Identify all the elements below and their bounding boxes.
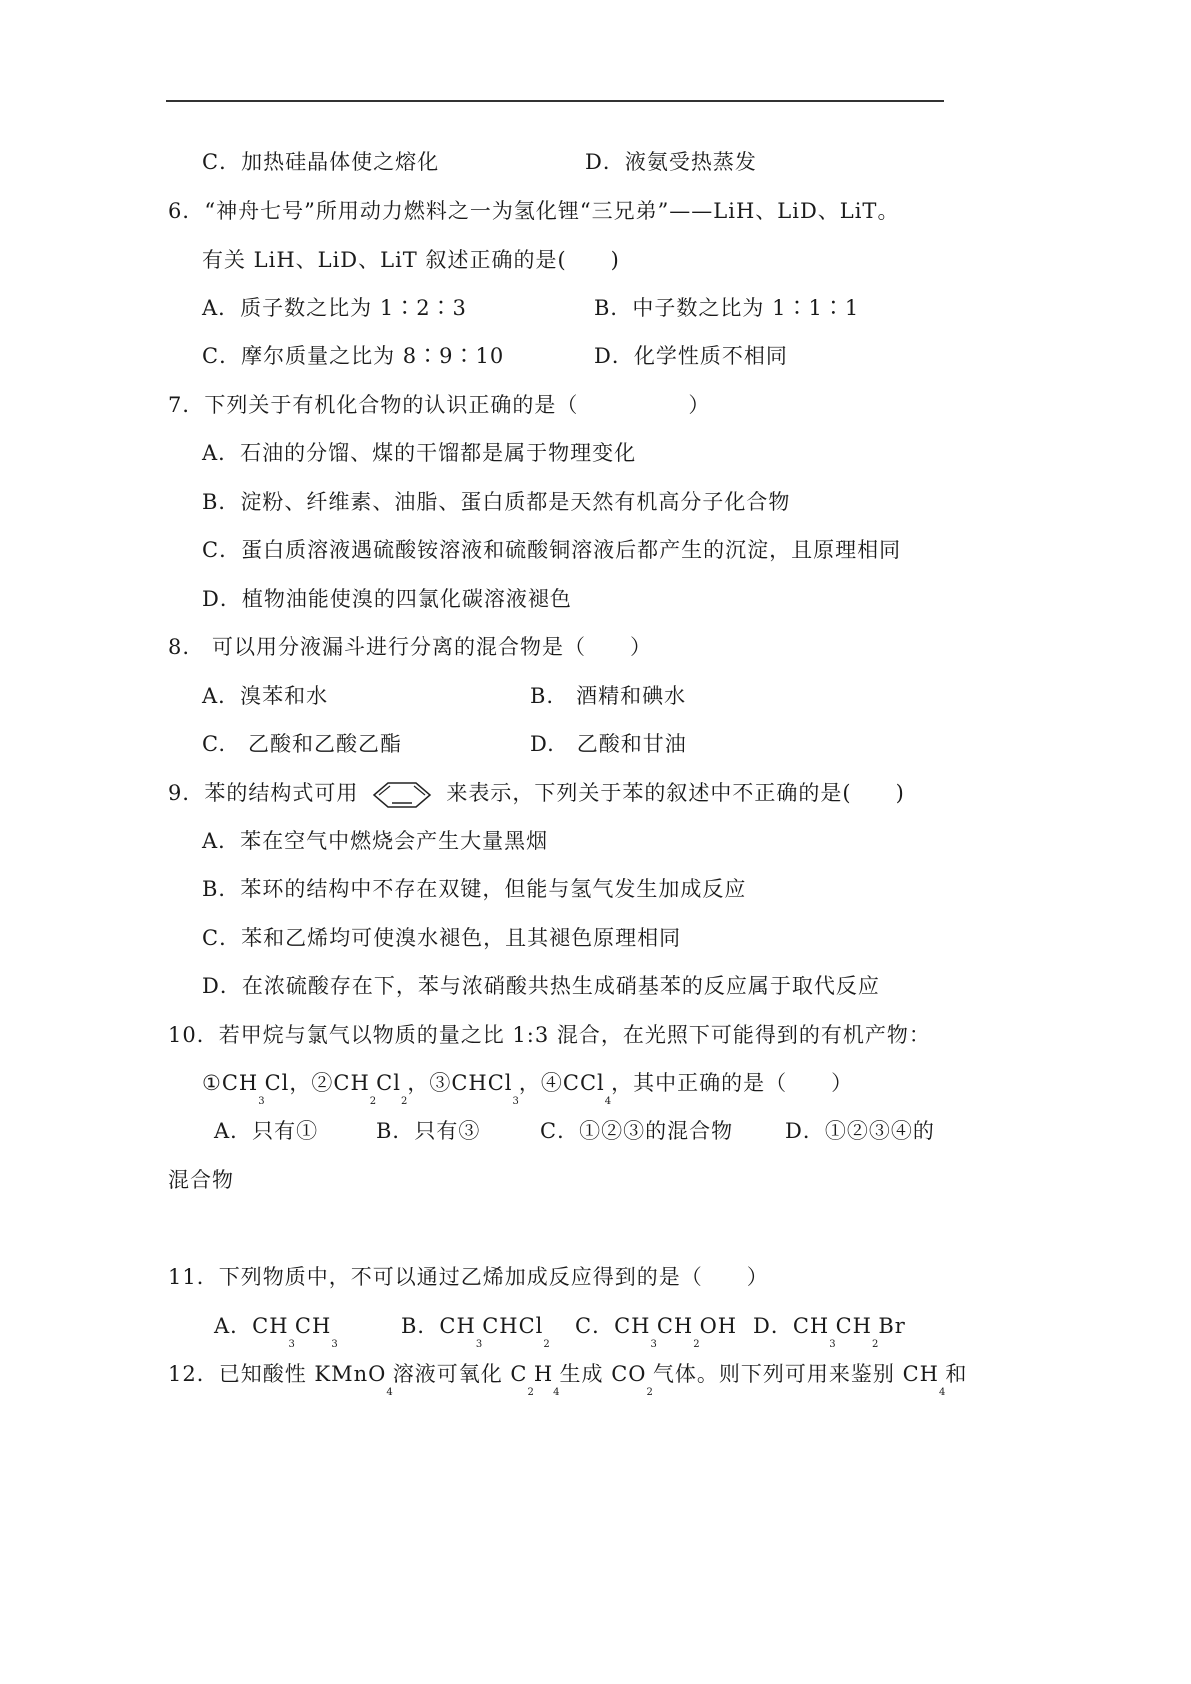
text-part: 生成 CO	[560, 1362, 647, 1386]
q8-stem: 8. 可以用分液漏斗进行分离的混合物是（ ）	[168, 633, 652, 661]
subscript: 2	[543, 1339, 549, 1350]
formula-part: CH	[657, 1314, 693, 1338]
q5-option-c: C．加热硅晶体使之熔化	[202, 148, 439, 176]
q10-item1: ①CH	[202, 1071, 258, 1095]
q7-option-c: C．蛋白质溶液遇硫酸铵溶液和硫酸铜溶液后都产生的沉淀，且原理相同	[202, 536, 901, 564]
subscript: 3	[476, 1339, 482, 1350]
q8-option-c: C. 乙酸和乙酸乙酯	[202, 730, 402, 758]
q7-stem: 7．下列关于有机化合物的认识正确的是（ ）	[168, 391, 710, 419]
q8-option-a: A．溴苯和水	[202, 682, 328, 710]
q10-item2-mid: Cl	[376, 1071, 401, 1095]
q10-item2: ②CH	[311, 1071, 369, 1095]
text-part: 气体。则下列可用来鉴别 CH	[653, 1362, 939, 1386]
formula-part: B．CH	[401, 1314, 476, 1338]
q9-option-c: C．苯和乙烯均可使溴水褪色，且其褪色原理相同	[202, 924, 681, 952]
q10-item3-tail: ，	[519, 1071, 541, 1095]
q6-option-d: D．化学性质不相同	[594, 342, 788, 370]
subscript: 3	[258, 1096, 264, 1107]
q8-option-d: D. 乙酸和甘油	[530, 730, 687, 758]
subscript: 3	[513, 1096, 519, 1107]
formula-part: CH	[295, 1314, 331, 1338]
q10-option-a: A．只有①	[214, 1117, 318, 1145]
q10-item4-tail: ，其中正确的是（ ）	[611, 1071, 853, 1095]
text-part: 和	[945, 1362, 967, 1386]
subscript: 3	[650, 1339, 656, 1350]
subscript: 4	[553, 1387, 559, 1398]
q5-option-d: D．液氨受热蒸发	[585, 148, 757, 176]
subscript: 2	[872, 1339, 878, 1350]
q10-items: ①CH3Cl，②CH2Cl2，③CHCl3，④CCl4，其中正确的是（ ）	[202, 1069, 853, 1102]
subscript: 3	[829, 1339, 835, 1350]
text-part: 溶液可氧化 C	[393, 1362, 528, 1386]
q10-item3: ③CHCl	[429, 1071, 512, 1095]
q10-item4: ④CCl	[541, 1071, 605, 1095]
subscript: 4	[605, 1096, 611, 1107]
subscript: 3	[289, 1339, 295, 1350]
formula-part: A．CH	[214, 1314, 289, 1338]
q9-stem-post: 来表示，下列关于苯的叙述中不正确的是( )	[446, 781, 904, 805]
q9-stem-pre: 9．苯的结构式可用	[168, 781, 358, 805]
q6-option-b: B．中子数之比为 1∶1∶1	[594, 294, 859, 322]
formula-part: D．CH	[753, 1314, 829, 1338]
formula-part: CHCl	[482, 1314, 543, 1338]
subscript: 4	[386, 1387, 392, 1398]
q11-option-a: A．CH3CH3	[214, 1312, 338, 1345]
q7-option-d: D．植物油能使溴的四氯化碳溶液褪色	[202, 585, 572, 613]
q9-option-d: D．在浓硫酸存在下，苯与浓硝酸共热生成硝基苯的反应属于取代反应	[202, 972, 880, 1000]
q10-item1-tail: Cl，	[265, 1071, 312, 1095]
q10-option-d: D．①②③④的	[785, 1117, 935, 1145]
formula-part: C．CH	[575, 1314, 650, 1338]
q6-option-a: A．质子数之比为 1∶2∶3	[202, 294, 467, 322]
formula-part: OH	[700, 1314, 738, 1338]
text-part: H	[534, 1362, 553, 1386]
q10-option-b: B．只有③	[376, 1117, 480, 1145]
subscript: 3	[331, 1339, 337, 1350]
q6-option-c: C．摩尔质量之比为 8∶9∶10	[202, 342, 504, 370]
subscript: 2	[647, 1387, 653, 1398]
q10-option-d-cont: 混合物	[168, 1166, 234, 1194]
text-part: 12．已知酸性 KMnO	[168, 1362, 386, 1386]
formula-part: CH	[836, 1314, 872, 1338]
q12-stem: 12．已知酸性 KMnO4溶液可氧化 C2H4生成 CO2气体。则下列可用来鉴别…	[168, 1360, 967, 1393]
q10-stem: 10．若甲烷与氯气以物质的量之比 1:3 混合，在光照下可能得到的有机产物：	[168, 1021, 931, 1049]
q6-stem-line2: 有关 LiH、LiD、LiT 叙述正确的是( )	[202, 246, 620, 274]
q11-stem: 11．下列物质中，不可以通过乙烯加成反应得到的是（ ）	[168, 1263, 769, 1291]
q9-option-b: B．苯环的结构中不存在双键，但能与氢气发生加成反应	[202, 875, 746, 903]
benzene-ring-icon	[372, 781, 432, 809]
subscript: 2	[527, 1387, 533, 1398]
q7-option-a: A．石油的分馏、煤的干馏都是属于物理变化	[202, 439, 636, 467]
subscript: 2	[370, 1096, 376, 1107]
q6-stem-line1: 6．“神舟七号”所用动力燃料之一为氢化锂“三兄弟”——LiH、LiD、LiT。	[168, 197, 899, 225]
q9-option-a: A．苯在空气中燃烧会产生大量黑烟	[202, 827, 548, 855]
q10-option-c: C．①②③的混合物	[540, 1117, 733, 1145]
q11-option-c: C．CH3CH2OH	[575, 1312, 737, 1345]
q7-option-b: B．淀粉、纤维素、油脂、蛋白质都是天然有机高分子化合物	[202, 488, 790, 516]
header-rule	[166, 100, 944, 102]
q11-option-d: D．CH3CH2Br	[753, 1312, 906, 1345]
q9-stem: 9．苯的结构式可用来表示，下列关于苯的叙述中不正确的是( )	[168, 779, 905, 809]
q10-item2-tail: ，	[407, 1071, 429, 1095]
q11-option-b: B．CH3CHCl2	[401, 1312, 550, 1345]
subscript: 4	[939, 1387, 945, 1398]
subscript: 2	[401, 1096, 407, 1107]
q8-option-b: B. 酒精和碘水	[530, 682, 686, 710]
formula-part: Br	[878, 1314, 905, 1338]
subscript: 2	[693, 1339, 699, 1350]
